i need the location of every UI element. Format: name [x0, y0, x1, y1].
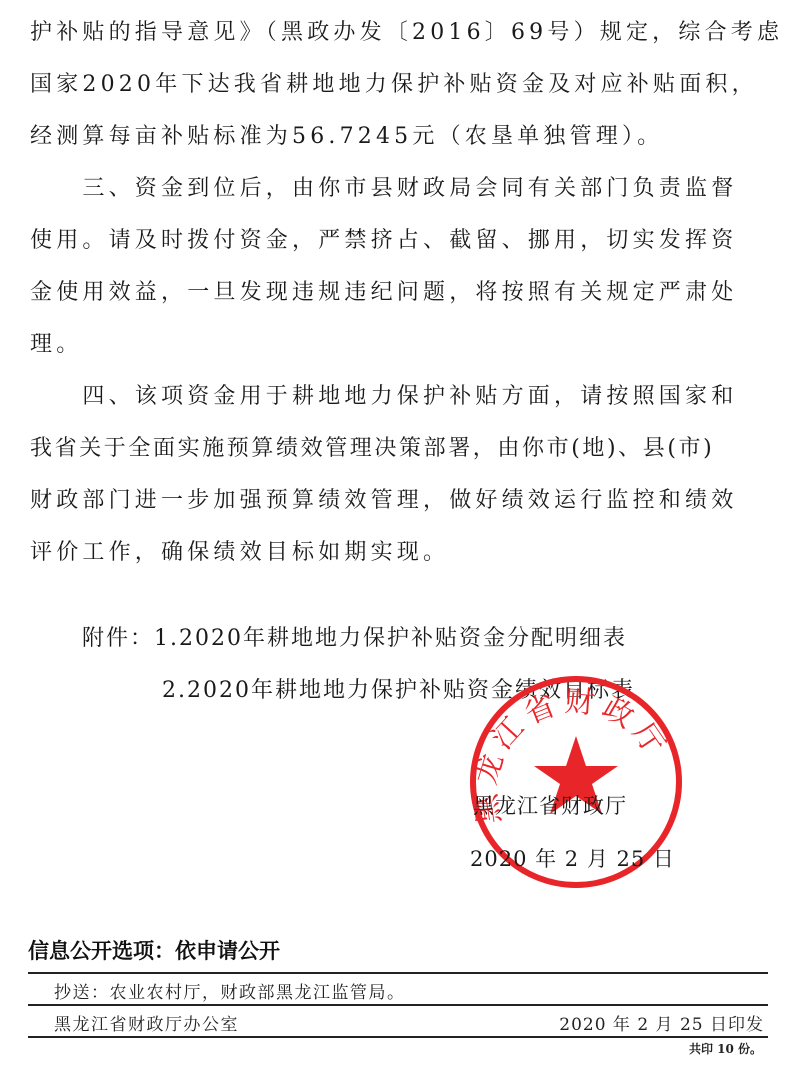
body-line: 财政部门进一步加强预算绩效管理，做好绩效运行监控和绩效 — [30, 486, 737, 516]
body-line: 使用。请及时拨付资金，严禁挤占、截留、挪用，切实发挥资 — [30, 226, 737, 256]
body-line: 理。 — [30, 330, 82, 360]
print-date: 2020 年 2 月 25 日印发 — [559, 1010, 764, 1035]
issue-date: 2020 年 2 月 25 日 — [470, 843, 675, 873]
disclosure-option: 信息公开选项：依申请公开 — [28, 935, 280, 965]
divider — [28, 1036, 768, 1038]
body-line: 护补贴的指导意见》（黑政办发〔2016〕69号）规定，综合考虑 — [30, 18, 783, 48]
attachments-label: 附件： — [82, 626, 154, 651]
divider — [28, 1004, 768, 1006]
body-line: 四、该项资金用于耕地地力保护补贴方面，请按照国家和 — [30, 382, 737, 412]
issuing-office: 黑龙江省财政厅办公室 — [54, 1010, 239, 1035]
body-line: 三、资金到位后，由你市县财政局会同有关部门负责监督 — [30, 174, 737, 204]
attachments: 附件：1.2020年耕地地力保护补贴资金分配明细表 — [82, 624, 627, 654]
divider — [28, 972, 768, 974]
body-line: 国家2020年下达我省耕地地力保护补贴资金及对应补贴面积， — [30, 70, 758, 100]
attachment-item-1: 1.2020年耕地地力保护补贴资金分配明细表 — [154, 626, 627, 651]
body-line: 评价工作，确保绩效目标如期实现。 — [30, 538, 449, 568]
body-line: 经测算每亩补贴标准为56.7245元（农垦单独管理）。 — [30, 122, 663, 152]
copies-count: 共印 10 份。 — [689, 1040, 762, 1057]
cc-line: 抄送：农业农村厅，财政部黑龙江监管局。 — [54, 978, 406, 1003]
issuer-name: 黑龙江省财政厅 — [473, 790, 627, 820]
body-line: 金使用效益，一旦发现违规违纪问题，将按照有关规定严肃处 — [30, 278, 737, 308]
body-line: 我省关于全面实施预算绩效管理决策部署，由你市(地)、县(市) — [30, 434, 714, 464]
